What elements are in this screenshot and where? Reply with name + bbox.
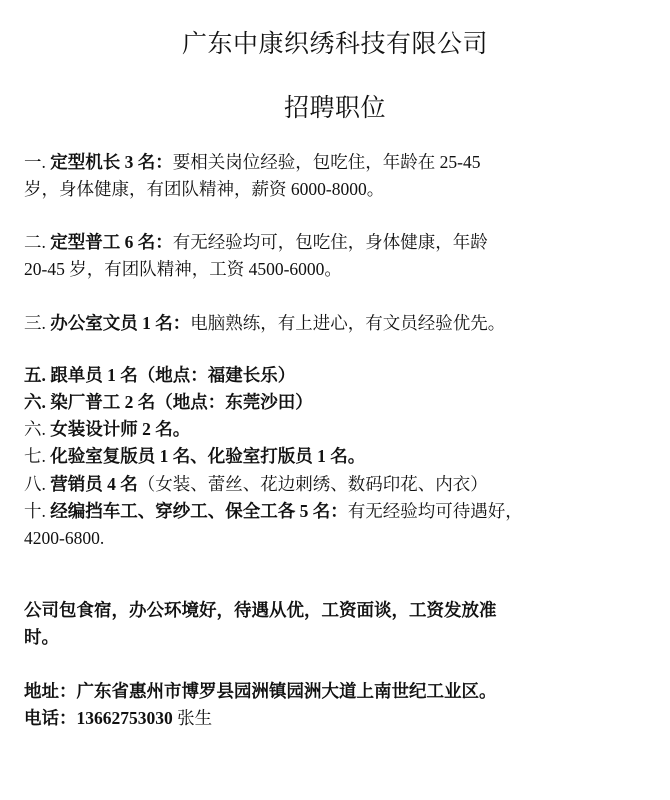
address-line: 地址：广东省惠州市博罗县园洲镇园洲大道上南世纪工业区。 (24, 681, 497, 701)
position-index: 五. (24, 365, 46, 385)
position-title: 经编挡车工、穿纱工、保全工各 5 名： (50, 501, 348, 521)
recruitment-document: 广东中康织绣科技有限公司 招聘职位 一. 定型机长 3 名：要相关岗位经验，包吃… (0, 0, 670, 800)
position-item: 八. 营销员 4 名（女装、蕾丝、花边刺绣、数码印花、内衣） (24, 474, 488, 494)
position-title: 定型普工 6 名： (50, 232, 173, 252)
position-desc-cont: 4200-6800. (24, 528, 104, 548)
position-item: 一. 定型机长 3 名：要相关岗位经验，包吃住，年龄在 25-45 (24, 152, 480, 172)
position-item: 五. 跟单员 1 名（地点：福建长乐） (24, 365, 295, 385)
position-title: 化验室复版员 1 名、化验室打版员 1 名。 (50, 446, 365, 466)
position-item: 六. 女装设计师 2 名。 (24, 419, 190, 439)
position-desc: （女装、蕾丝、花边刺绣、数码印花、内衣） (138, 474, 488, 494)
position-title: 办公室文员 1 名： (50, 313, 190, 333)
position-title: 女装设计师 2 名。 (50, 419, 190, 439)
position-title: 染厂普工 2 名（地点：东莞沙田） (50, 392, 313, 412)
address-label: 地址： (24, 681, 77, 701)
position-desc-cont: 20-45 岁，有团队精神，工资 4500-6000。 (24, 259, 342, 279)
address-value: 广东省惠州市博罗县园洲镇园洲大道上南世纪工业区。 (77, 681, 497, 701)
position-index: 三. (24, 313, 46, 333)
position-title: 营销员 4 名 (50, 474, 138, 494)
benefits-text: 公司包食宿，办公环境好，待遇从优，工资面谈，工资发放准 (24, 600, 497, 620)
position-desc-cont: 岁，身体健康，有团队精神，薪资 6000-8000。 (24, 179, 384, 199)
position-index: 六. (24, 392, 46, 412)
position-desc: 有无经验均可，包吃住，身体健康，年龄 (173, 232, 488, 252)
benefits-text-cont: 时。 (24, 627, 59, 647)
position-desc: 电脑熟练，有上进心，有文员经验优先。 (190, 313, 505, 333)
position-index: 八. (24, 474, 46, 494)
position-index: 一. (24, 152, 46, 172)
position-item: 三. 办公室文员 1 名：电脑熟练，有上进心，有文员经验优先。 (24, 313, 505, 333)
position-index: 十. (24, 501, 46, 521)
position-title: 定型机长 3 名： (50, 152, 173, 172)
page-subtitle: 招聘职位 (0, 88, 670, 124)
position-item: 十. 经编挡车工、穿纱工、保全工各 5 名：有无经验均可待遇好， (24, 501, 523, 521)
position-item: 二. 定型普工 6 名：有无经验均可，包吃住，身体健康，年龄 (24, 232, 488, 252)
contact-person: 张生 (177, 708, 212, 728)
company-name: 广东中康织绣科技有限公司 (0, 24, 670, 60)
position-title: 跟单员 1 名（地点：福建长乐） (50, 365, 295, 385)
position-desc: 有无经验均可待遇好， (348, 501, 523, 521)
position-desc: 要相关岗位经验，包吃住，年龄在 25-45 (173, 152, 481, 172)
phone-label: 电话： (24, 708, 77, 728)
position-item: 七. 化验室复版员 1 名、化验室打版员 1 名。 (24, 446, 365, 466)
phone-line: 电话：13662753030 张生 (24, 708, 212, 728)
position-item: 六. 染厂普工 2 名（地点：东莞沙田） (24, 392, 313, 412)
position-index: 二. (24, 232, 46, 252)
position-index: 六. (24, 419, 46, 439)
phone-number: 13662753030 (77, 708, 173, 728)
position-index: 七. (24, 446, 46, 466)
